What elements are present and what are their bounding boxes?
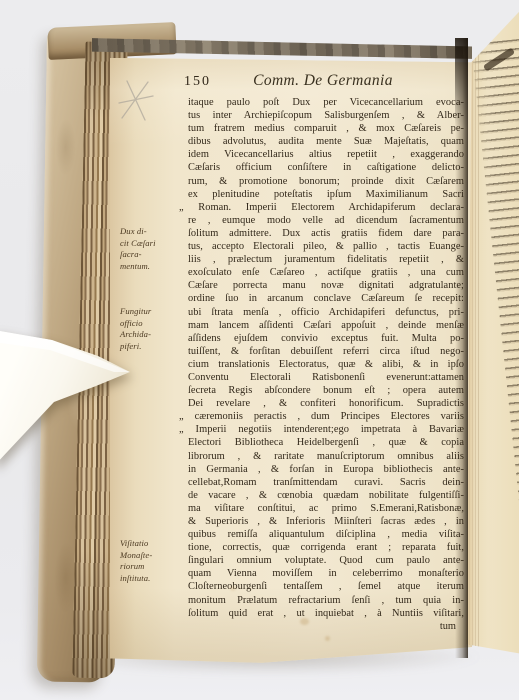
body-line: itaque paulo poſt Dux per Vicecancellari…: [188, 96, 464, 109]
body-line: monitum Prælatum refractarium ſenſi , tu…: [188, 594, 464, 607]
body-line: ma viſitare conſtitui, ac primo S.Emeran…: [188, 502, 464, 515]
body-line: dibus advolutus, audita mente Suæ Majeſt…: [188, 135, 464, 148]
left-page: 150 Comm. De Germania itaque paulo poſt …: [110, 46, 472, 676]
body-line: in Germania , & forſan in Europa bibliot…: [188, 463, 464, 476]
body-line: tuiſſent, & forſitan debuiſſent referri …: [188, 345, 464, 358]
body-line: ubi ſtrata menſa , officio Archidapiferi…: [188, 306, 464, 319]
catchword-row: tum: [188, 620, 464, 633]
bone-folder-tool: [0, 320, 136, 470]
page-header: 150 Comm. De Germania: [182, 72, 464, 92]
facing-page-fold-highlight: [464, 0, 519, 660]
body-line: quibus remiſſa aliquantulum diſciplina ,…: [188, 528, 464, 541]
body-line: rum, & promotione bonorum; proinde dixit…: [188, 175, 464, 188]
body-line: cellebat,Romam tranſmittendam curavi. Sa…: [188, 476, 464, 489]
running-title: Comm. De Germania: [182, 72, 464, 90]
body-line: Cæſaris officium conſiſtere in caſtigati…: [188, 161, 464, 174]
margin-note-dux-sacramentum: Dux di- cit Cæſari ſacra- mentum.: [120, 226, 186, 272]
body-line: Electori Bibliotheca Heidelbergenſi , qu…: [188, 436, 464, 449]
body-line: quam Vienna moviſſem in celeberrimo mona…: [188, 567, 464, 580]
body-line: ex plenitudine poteſtatis ipſum Maximili…: [188, 188, 464, 201]
body-line: Conventu Electorali Ratisbonenſi eveneru…: [188, 371, 464, 384]
body-line: librorum , & raritate manuſcriptorum omn…: [188, 450, 464, 463]
body-line: „ Roman. Imperii Electorem Archidapiferu…: [188, 201, 464, 214]
body-line: Dei revelare , & confiteri honorificum. …: [188, 397, 464, 410]
body-line: ſingulari omnium voluptate. Quod cum pau…: [188, 554, 464, 567]
facing-page-edge: [464, 0, 519, 660]
gutter-shadow: [455, 38, 468, 658]
body-line: ſolitum quid erat , ut inquiebat , à Nun…: [188, 607, 464, 620]
body-line: Cæſare porrecta manu novæ dignitati adgr…: [188, 279, 464, 292]
body-line: de vacare , & cœnobia quædam nobilitate …: [188, 489, 464, 502]
body-line: idem Vicecancellarius altius repetiit , …: [188, 148, 464, 161]
body-line: tione, correctis, quæ corrigenda erant ;…: [188, 541, 464, 554]
book-photo: 150 Comm. De Germania itaque paulo poſt …: [0, 0, 519, 700]
body-line: ſolitum admittere. Dux actis gratiis fid…: [188, 227, 464, 240]
body-line: & Superioris , & Inferioris Miinſteri ſa…: [188, 515, 464, 528]
pencil-mark: [118, 78, 158, 124]
body-line: re , eumque modo velle ad dicendum ſacra…: [188, 214, 464, 227]
body-line: ordine ſuo in arcanum conclave Cæſareum …: [188, 292, 464, 305]
bone-folder-blade: [0, 320, 136, 470]
margin-note-visitatio-monasteriorum: Viſitatio Monaſte- riorum inſtituta.: [120, 538, 186, 584]
body-line: tus inter Archiepiſcopum Salisburgenſem …: [188, 109, 464, 122]
body-line: aſſidens ejuſdem convivio exceptus fuit.…: [188, 332, 464, 345]
body-line: tus, accepto Electorali pileo, & pallio …: [188, 240, 464, 253]
body-line: ſecreta Regis abſcondere bonum eſt ; ope…: [188, 384, 464, 397]
body-line: cium translationis Electoratus, quæ & al…: [188, 358, 464, 371]
body-text: itaque paulo poſt Dux per Vicecancellari…: [188, 96, 464, 620]
body-line: mam lancem aſſidenti Cæſari appoſuit , d…: [188, 319, 464, 332]
body-line: tum fratrem medius comparuit , & mox Cæſ…: [188, 122, 464, 135]
body-line: exoſculato enſe Cæſareo , actiſque grati…: [188, 266, 464, 279]
foxing-spot: [230, 586, 236, 591]
foxing-spot: [300, 618, 309, 625]
body-line: „ cæremoniis peractis , dum Principes El…: [188, 410, 464, 423]
body-line: „ Imperii negotiis intenderent;ego impet…: [188, 423, 464, 436]
body-line: liis , prælectum juramentum fidelitatis …: [188, 253, 464, 266]
catchword: tum: [188, 620, 464, 633]
foxing-spot: [325, 636, 330, 641]
